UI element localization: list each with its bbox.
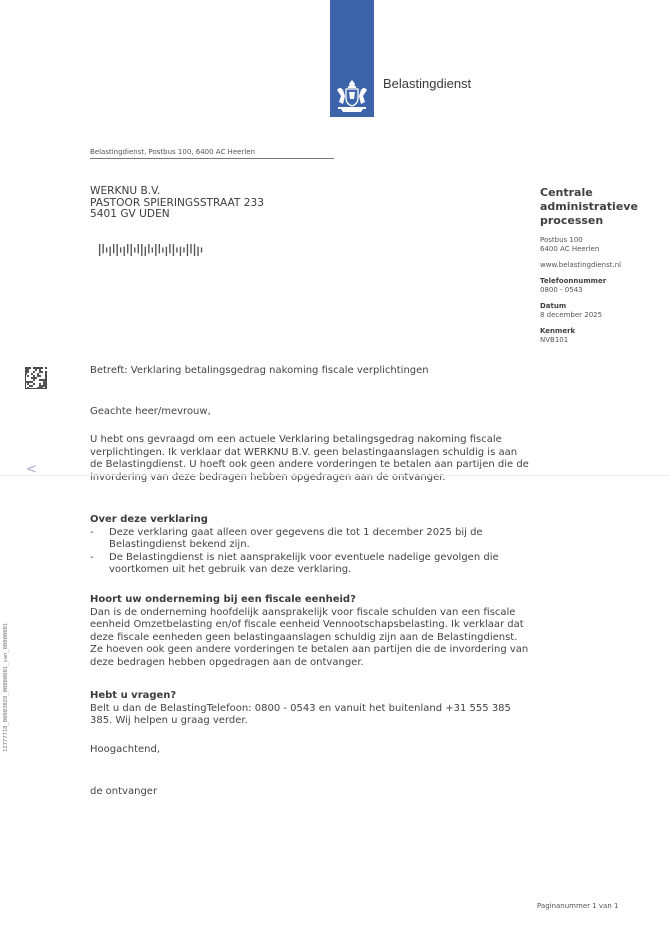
page-number: Paginanummer 1 van 1: [537, 902, 618, 910]
scan-line: [0, 475, 670, 476]
bullet-item: De Belastingdienst is niet aansprakelijk…: [90, 552, 530, 577]
recipient-address: WERKNU B.V. PASTOOR SPIERINGSSTRAAT 233 …: [90, 186, 264, 221]
date-value: 8 december 2025: [540, 311, 665, 320]
recipient-name: WERKNU B.V.: [90, 186, 264, 198]
return-address: Belastingdienst, Postbus 100, 6400 AC He…: [90, 148, 334, 159]
letter-subject: Betreft: Verklaring betalingsgedrag nako…: [90, 365, 429, 376]
signature: de ontvanger: [90, 786, 530, 799]
coat-of-arms-icon: [333, 78, 371, 114]
document-tracking-code: 12777718_00003028_00000001_van_00000001: [3, 592, 15, 752]
postal-barcode-icon: [90, 244, 215, 256]
section-heading: Hebt u vragen?: [90, 690, 530, 703]
logo-text: Belastingdienst: [383, 76, 471, 91]
sender-city: 6400 AC Heerlen: [540, 245, 665, 254]
salutation: Geachte heer/mevrouw,: [90, 406, 530, 419]
department-name: Centrale administratieve processen: [540, 186, 665, 228]
phone-value: 0800 - 0543: [540, 286, 665, 295]
section-questions: Hebt u vragen? Belt u dan de BelastingTe…: [90, 690, 530, 728]
sender-postbus: Postbus 100: [540, 236, 665, 245]
date-label: Datum: [540, 302, 665, 311]
intro-paragraph: U hebt ons gevraagd om een actuele Verkl…: [90, 434, 530, 484]
section-text: Belt u dan de BelastingTelefoon: 0800 - …: [90, 703, 530, 728]
section-heading: Over deze verklaring: [90, 514, 530, 527]
section-fiscal-unit: Hoort uw onderneming bij een fiscale een…: [90, 594, 530, 669]
scan-mark: <: [26, 462, 37, 477]
closing: Hoogachtend,: [90, 744, 530, 757]
bullet-list: Deze verklaring gaat alleen over gegeven…: [90, 527, 530, 577]
reference-value: NVB101: [540, 336, 665, 345]
sender-website: www.belastingdienst.nl: [540, 261, 665, 270]
datamatrix-code-icon: [25, 367, 47, 389]
section-about-statement: Over deze verklaring Deze verklaring gaa…: [90, 514, 530, 577]
section-heading: Hoort uw onderneming bij een fiscale een…: [90, 594, 530, 607]
section-text: Dan is de onderneming hoofdelijk aanspra…: [90, 607, 530, 670]
sender-sidebar: Centrale administratieve processen Postb…: [540, 186, 665, 345]
logo-bar: [330, 0, 374, 117]
phone-label: Telefoonnummer: [540, 277, 665, 286]
reference-label: Kenmerk: [540, 327, 665, 336]
bullet-item: Deze verklaring gaat alleen over gegeven…: [90, 527, 530, 552]
recipient-city: 5401 GV UDEN: [90, 209, 264, 221]
